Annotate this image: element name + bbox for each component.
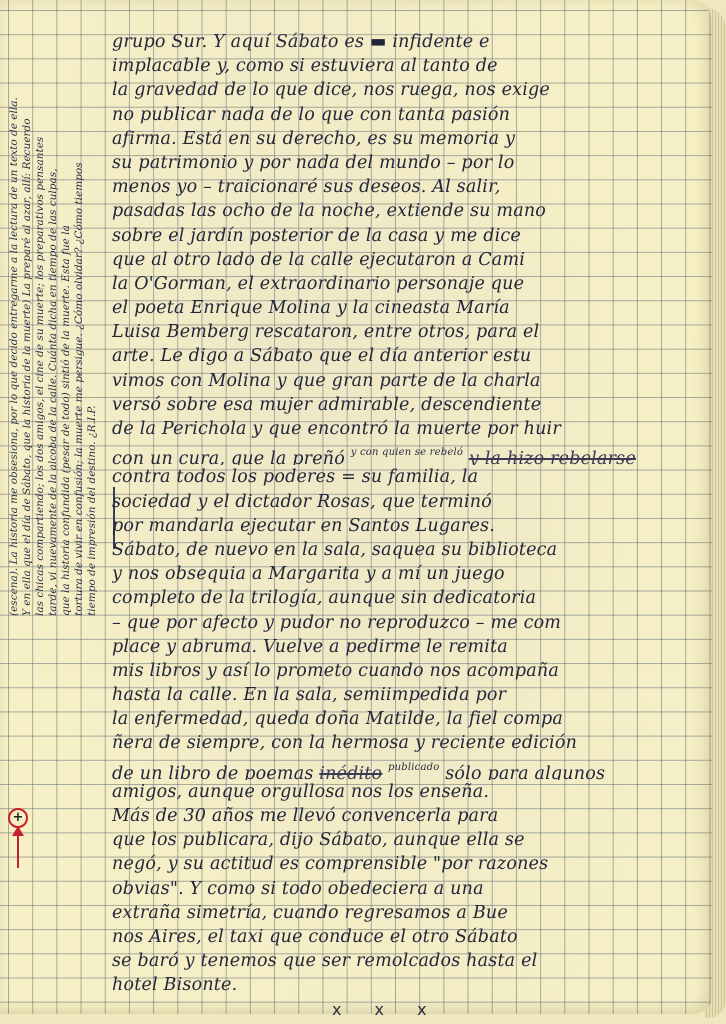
margin-note-line: las chicas compartiendo; los dos amigos,…: [34, 96, 47, 616]
text-line: negó, y su actitud es comprensible "por …: [112, 852, 702, 876]
text-line: la gravedad de lo que dice, nos ruega, n…: [112, 78, 702, 102]
text-segment: con un cura, que la preñó: [112, 449, 345, 465]
text-line: su patrimonio y por nada del mundo – por…: [112, 151, 702, 175]
text-line: grupo Sur. Y aquí Sábato es ▬ infidente …: [112, 30, 702, 54]
text-line: no publicar nada de lo que con tanta pas…: [112, 103, 702, 127]
margin-note-line: tarde, vi nuevamente de la alcoba de la …: [47, 96, 60, 616]
text-line: menos yo – traicionaré sus deseos. Al sa…: [112, 175, 702, 199]
text-line: place y abruma. Vuelve a pedirme le remi…: [112, 635, 702, 659]
text-line: – que por afecto y pudor no reproduzco –…: [112, 611, 702, 635]
margin-note-line: que la historia confundida (pesar de tod…: [60, 96, 73, 616]
text-line: obvias". Y como si todo obedeciera a una: [112, 877, 702, 901]
text-line: ñera de siempre, con la hermosa y recien…: [112, 731, 702, 755]
text-line: contra todos los poderes = su familia, l…: [112, 465, 702, 489]
text-line: extraña simetría, cuando regresamos a Bu…: [112, 901, 702, 925]
text-line: mis libros y así lo prometo cuando nos a…: [112, 659, 702, 683]
text-line: afirma. Está en su derecho, es su memori…: [112, 127, 702, 151]
text-line: la enfermedad, queda doña Matilde, la fi…: [112, 707, 702, 731]
section-end-mark: x x x: [332, 1000, 441, 1019]
grid-paper-page: (escena). La historia me obsesiona, por …: [0, 0, 712, 1014]
text-line: pasadas las ocho de la noche, extiende s…: [112, 199, 702, 223]
text-line: la O'Gorman, el extraordinario personaje…: [112, 272, 702, 296]
text-line: amigos, aunque orgullosa nos los enseña.: [112, 780, 702, 804]
text-line-with-correction: de un libro de poemas inédito publicado …: [112, 756, 702, 780]
text-line: el poeta Enrique Molina y la cineasta Ma…: [112, 296, 702, 320]
text-segment: sólo para algunos: [445, 764, 605, 780]
text-line: completo de la trilogía, aunque sin dedi…: [112, 586, 702, 610]
inserted-text: publicado: [388, 762, 439, 773]
margin-note-line: tortura de vivir en confusión; la muerte…: [73, 96, 86, 616]
text-line: Sábato, de nuevo en la sala, saquea su b…: [112, 538, 702, 562]
text-line: sociedad y el dictador Rosas, que termin…: [112, 490, 702, 514]
text-line: hotel Bisonte.: [112, 973, 702, 997]
text-line: hasta la calle. En la sala, semiimpedida…: [112, 683, 702, 707]
text-segment: de un libro de poemas: [112, 764, 314, 780]
text-line: y nos obsequia a Margarita y a mí un jue…: [112, 562, 702, 586]
margin-note-line: Y en ella que el día de Sábato, que la h…: [21, 96, 34, 616]
handwritten-body: grupo Sur. Y aquí Sábato es ▬ infidente …: [112, 30, 702, 998]
text-line: vimos con Molina y que gran parte de la …: [112, 369, 702, 393]
margin-note-text-block: (escena). La historia me obsesiona, por …: [8, 96, 100, 616]
margin-vertical-note: (escena). La historia me obsesiona, por …: [8, 96, 100, 616]
text-line: que los publicara, dijo Sábato, aunque e…: [112, 828, 702, 852]
text-line: de la Perichola y que encontró la muerte…: [112, 417, 702, 441]
text-line: se baró y tenemos que ser remolcados has…: [112, 949, 702, 973]
arrow-shaft: [17, 828, 19, 868]
circled-plus-icon: +: [8, 808, 28, 828]
text-line: sobre el jardín posterior de la casa y m…: [112, 224, 702, 248]
text-line: por mandarla ejecutar en Santos Lugares.: [112, 514, 702, 538]
text-line: Luisa Bemberg rescataron, entre otros, p…: [112, 320, 702, 344]
notebook-page-photo: (escena). La historia me obsesiona, por …: [0, 0, 726, 1024]
text-line: arte. Le digo a Sábato que el día anteri…: [112, 344, 702, 368]
text-line: implacable y, como si estuviera al tanto…: [112, 54, 702, 78]
text-line-with-correction: con un cura, que la preñó y con quien se…: [112, 441, 702, 465]
text-line: Más de 30 años me llevó convencerla para: [112, 804, 702, 828]
margin-note-line: (escena). La historia me obsesiona, por …: [8, 96, 21, 616]
struck-text: inédito: [319, 764, 382, 780]
text-line: que al otro lado de la calle ejecutaron …: [112, 248, 702, 272]
text-line: versó sobre esa mujer admirable, descend…: [112, 393, 702, 417]
margin-note-line: tiempo de impresión del destino. ¿R.I.P.: [86, 96, 99, 616]
inserted-text: y con quien se rebeló: [351, 447, 463, 458]
insertion-marker: +: [8, 808, 28, 872]
struck-text: y la hizo rebelarse: [469, 449, 636, 465]
text-line: nos Aires, el taxi que conduce el otro S…: [112, 925, 702, 949]
